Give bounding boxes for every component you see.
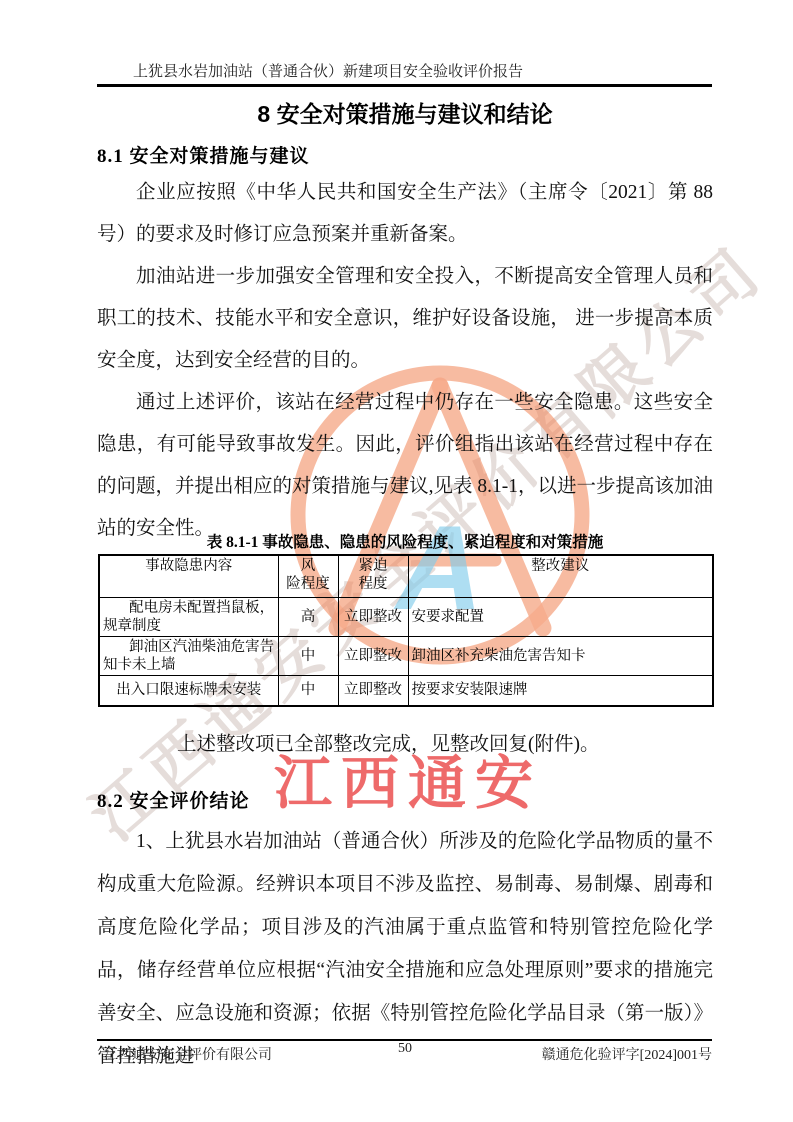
header-cell-hazard: 事故隐患内容 [99,555,278,597]
header-cell-urgency: 紧迫程度 [338,555,408,597]
header-rule [97,84,712,87]
page-header-title: 上犹县水岩加油站（普通合伙）新建项目安全验收评价报告 [133,60,523,81]
table-header-row: 事故隐患内容 风险程度 紧迫程度 整改建议 [99,555,713,597]
cell-suggestion: 安要求配置 [408,597,713,636]
table-row: 卸油区汽油柴油危害告知卡未上墙 中 立即整改 卸油区补充柴油危害告知卡 [99,636,713,675]
section-8-2-heading: 8.2 安全评价结论 [97,786,250,813]
report-page: 江西通安安全评价有限公司 A 江西通安 上犹县水岩加油站（普通合伙）新建项目安全… [0,0,793,1122]
cell-hazard: 出入口限速标牌未安装 [99,675,278,706]
header-risk-line1: 风 [301,558,316,574]
cell-risk: 高 [278,597,338,636]
cell-hazard: 配电房未配置挡鼠板，规章制度 [99,597,278,636]
cell-risk: 中 [278,636,338,675]
table-row: 出入口限速标牌未安装 中 立即整改 按要求安装限速牌 [99,675,713,706]
rectification-closing-note: 上述整改项已全部整改完成，见整改回复(附件)。 [97,728,713,756]
chapter-title: 8 安全对策措施与建议和结论 [97,96,713,129]
cell-urgency: 立即整改 [338,675,408,706]
document-content: 上犹县水岩加油站（普通合伙）新建项目安全验收评价报告 8 安全对策措施与建议和结… [0,0,793,1122]
footer-doc-number: 赣通危化验评字[2024]001号 [400,1044,712,1064]
header-urgency-line1: 紧迫 [359,558,388,574]
paragraph: 加油站进一步加强安全管理和安全投入，不断提高安全管理人员和职工的技术、技能水平和… [97,256,713,382]
cell-hazard: 卸油区汽油柴油危害告知卡未上墙 [99,636,278,675]
cell-suggestion: 按要求安装限速牌 [408,675,713,706]
cell-risk: 中 [278,675,338,706]
cell-urgency: 立即整改 [338,597,408,636]
paragraph: 企业应按照《中华人民共和国安全生产法》（主席令〔2021〕第 88 号）的要求及… [97,172,713,256]
header-urgency-line2: 程度 [359,576,388,592]
section-8-1-body: 企业应按照《中华人民共和国安全生产法》（主席令〔2021〕第 88 号）的要求及… [97,172,713,550]
section-8-1-heading: 8.1 安全对策措施与建议 [97,141,310,168]
table-caption: 表 8.1-1 事故隐患、隐患的风险程度、紧迫程度和对策措施 [97,530,713,552]
hazard-table-wrap: 事故隐患内容 风险程度 紧迫程度 整改建议 配电房未配置挡鼠板，规章制度 高 立… [98,554,714,707]
hazard-table: 事故隐患内容 风险程度 紧迫程度 整改建议 配电房未配置挡鼠板，规章制度 高 立… [98,554,714,707]
cell-suggestion: 卸油区补充柴油危害告知卡 [408,636,713,675]
cell-urgency: 立即整改 [338,636,408,675]
header-cell-risk: 风险程度 [278,555,338,597]
header-risk-line2: 险程度 [286,576,330,592]
header-cell-suggestion: 整改建议 [408,555,713,597]
paragraph: 通过上述评价，该站在经营过程中仍存在一些安全隐患。这些安全隐患，有可能导致事故发… [97,382,713,550]
table-row: 配电房未配置挡鼠板，规章制度 高 立即整改 安要求配置 [99,597,713,636]
